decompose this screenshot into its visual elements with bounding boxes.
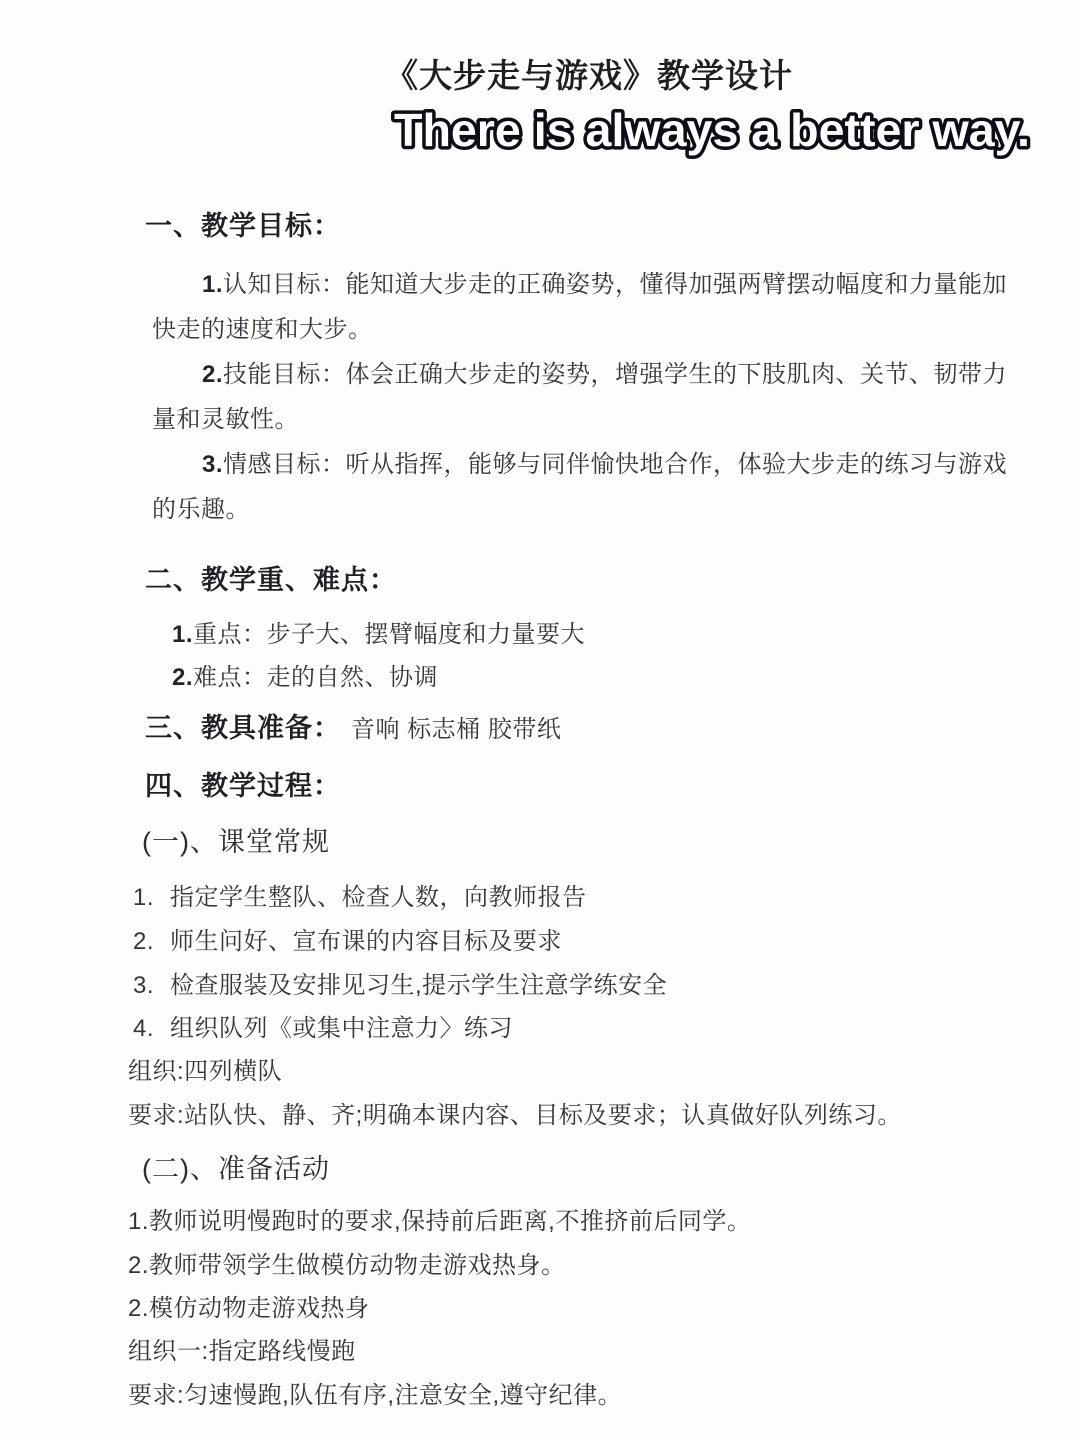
key-point-text: 难点：走的自然、协调 bbox=[193, 664, 438, 691]
objective-item: 3.情感目标：听从指挥，能够与同伴愉快地合作，体验大步走的练习与游戏的乐趣。 bbox=[152, 442, 1014, 532]
objective-item-text: 情感目标：听从指挥，能够与同伴愉快地合作，体验大步走的练习与游戏的乐趣。 bbox=[152, 451, 1007, 523]
equipment-heading-text: 三、教具准备： bbox=[145, 713, 341, 743]
page-title-text: 《大步走与游戏》教学设计 bbox=[385, 57, 793, 94]
routine-list-item: 1.指定学生整队、检查人数，向教师报告 bbox=[133, 881, 587, 915]
key-point-item: 1.重点：步子大、摆臂幅度和力量要大 bbox=[172, 618, 585, 652]
routine-item-number: 2. bbox=[133, 925, 154, 959]
objective-item: 1.认知目标：能知道大步走的正确姿势，懂得加强两臂摆动幅度和力量能加快走的速度和… bbox=[152, 262, 1014, 352]
routine-list-item: 4.组织队列《或集中注意力〉练习 bbox=[133, 1012, 513, 1046]
key-point-number: 2. bbox=[172, 664, 193, 691]
equipment-list: 音响 标志桶 胶带纸 bbox=[351, 716, 561, 743]
key-point-text: 重点：步子大、摆臂幅度和力量要大 bbox=[193, 621, 585, 648]
objective-item: 2.技能目标：体会正确大步走的姿势，增强学生的下肢肌肉、关节、韧带力量和灵敏性。 bbox=[152, 352, 1014, 442]
document-page: 《大步走与游戏》教学设计 There is always a better wa… bbox=[0, 0, 1080, 1440]
section-heading-process: 四、教学过程： bbox=[145, 768, 341, 804]
page-title: 《大步走与游戏》教学设计 bbox=[0, 54, 1080, 98]
key-point-number: 1. bbox=[172, 621, 193, 648]
routine-item-number: 1. bbox=[133, 881, 154, 915]
watermark-text: There is always a better way. bbox=[394, 104, 1030, 156]
warm-up-requirement-line: 要求:匀速慢跑,队伍有序,注意安全,遵守纪律。 bbox=[128, 1379, 622, 1413]
objective-item-number: 2. bbox=[202, 361, 223, 388]
warm-up-line: 2.模仿动物走游戏热身 bbox=[128, 1292, 370, 1326]
subsection-heading-warm-up: (二)、准备活动 bbox=[142, 1151, 330, 1187]
warm-up-line: 2.教师带领学生做模仿动物走游戏热身。 bbox=[128, 1249, 566, 1283]
routine-item-text: 师生问好、宣布课的内容目标及要求 bbox=[170, 928, 562, 955]
routine-list-item: 2.师生问好、宣布课的内容目标及要求 bbox=[133, 925, 562, 959]
subsection-heading-classroom-routine: (一)、课堂常规 bbox=[142, 824, 330, 860]
routine-item-number: 3. bbox=[133, 969, 154, 1003]
routine-item-text: 组织队列《或集中注意力〉练习 bbox=[170, 1015, 513, 1042]
objective-item-text: 技能目标：体会正确大步走的姿势，增强学生的下肢肌肉、关节、韧带力量和灵敏性。 bbox=[152, 361, 1007, 433]
section-heading-equipment: 三、教具准备：音响 标志桶 胶带纸 bbox=[145, 710, 561, 748]
warm-up-line: 1.教师说明慢跑时的要求,保持前后距离,不推挤前后同学。 bbox=[128, 1205, 751, 1239]
warm-up-organization-line: 组织一:指定路线慢跑 bbox=[128, 1335, 356, 1369]
routine-item-text: 检查服装及安排见习生,提示学生注意学练安全 bbox=[170, 972, 667, 999]
objective-item-number: 1. bbox=[202, 271, 223, 298]
key-point-item: 2.难点：走的自然、协调 bbox=[172, 661, 438, 695]
routine-item-text: 指定学生整队、检查人数，向教师报告 bbox=[170, 884, 587, 911]
organization-line: 组织:四列横队 bbox=[128, 1055, 282, 1089]
watermark: There is always a better way. bbox=[390, 94, 1050, 170]
requirement-line: 要求:站队快、静、齐;明确本课内容、目标及要求；认真做好队列练习。 bbox=[128, 1099, 902, 1133]
section-heading-objectives: 一、教学目标： bbox=[145, 208, 341, 244]
objective-item-text: 认知目标：能知道大步走的正确姿势，懂得加强两臂摆动幅度和力量能加快走的速度和大步… bbox=[152, 271, 1007, 343]
section-heading-key-points: 二、教学重、难点： bbox=[145, 562, 397, 598]
routine-item-number: 4. bbox=[133, 1012, 154, 1046]
routine-list-item: 3.检查服装及安排见习生,提示学生注意学练安全 bbox=[133, 969, 667, 1003]
objective-item-number: 3. bbox=[202, 451, 223, 478]
